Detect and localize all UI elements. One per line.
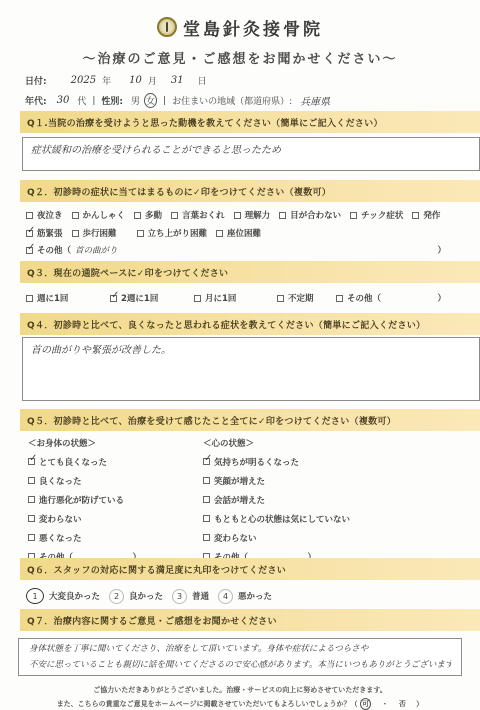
- q7-answer-box[interactable]: 身体状態を丁寧に聞いてくださり、治療をして頂いています。身体や症状によるつらさや…: [18, 638, 462, 676]
- clinic-logo-icon: [157, 17, 177, 37]
- q5-body-option[interactable]: とても良くなった: [28, 452, 141, 471]
- checkbox[interactable]: [28, 477, 35, 484]
- q2-option[interactable]: 理解力: [234, 209, 271, 221]
- rating-circle[interactable]: 2: [109, 589, 124, 604]
- q5-mind-option[interactable]: 変わらない: [203, 528, 350, 547]
- q2-option[interactable]: 筋緊張: [26, 227, 63, 239]
- consent-yes-option[interactable]: 可: [360, 698, 371, 710]
- profile-row: 年代: 30 代 | 性別: 男 女 | お住まいの地域（都道府県）: 兵庫県: [25, 93, 330, 108]
- q2-option[interactable]: 目が合わない: [279, 209, 341, 221]
- rating-circle[interactable]: 4: [218, 589, 233, 604]
- q2-option[interactable]: 歩行困難: [72, 227, 117, 239]
- q6-option[interactable]: 1大変良かった: [26, 588, 100, 604]
- consent-no-option[interactable]: 否: [399, 700, 406, 708]
- clinic-title: 堂島針灸接骨院: [0, 14, 480, 40]
- consent-close: ）: [416, 700, 423, 708]
- date-day[interactable]: 31: [171, 75, 184, 86]
- q3-header: Q３．現在の通院ペースに✓印をつけてください: [20, 261, 480, 283]
- q3-option[interactable]: 2週に1回: [110, 292, 185, 304]
- q2-option[interactable]: 発作: [412, 209, 440, 221]
- date-row: 日付: 2025 年 10 月 31 日: [25, 74, 207, 87]
- checkbox-checked[interactable]: [28, 458, 35, 465]
- footer-thanks: ご協力いただきありがとうございました。治療・サービスの向上に努めさせていただきま…: [0, 685, 480, 695]
- divider: |: [92, 96, 95, 106]
- checkbox[interactable]: [279, 212, 286, 219]
- q2-other-close: ）: [437, 244, 446, 256]
- gender-female-option[interactable]: 女: [144, 93, 157, 108]
- checkbox[interactable]: [203, 515, 210, 522]
- checkbox-checked[interactable]: [26, 230, 33, 237]
- q5-mind-option[interactable]: 気持ちが明るくなった: [203, 452, 350, 471]
- checkbox[interactable]: [26, 295, 33, 302]
- checkbox[interactable]: [28, 515, 35, 522]
- q4-answer: 首の曲がりや緊張が改善した。: [31, 345, 171, 356]
- clinic-name: 堂島針灸接骨院: [183, 15, 323, 40]
- q2-option[interactable]: 座位困難: [216, 227, 261, 239]
- checkbox[interactable]: [28, 496, 35, 503]
- checkbox[interactable]: [216, 230, 223, 237]
- date-label: 日付:: [25, 74, 47, 87]
- q2-option[interactable]: 言葉おくれ: [171, 209, 225, 221]
- day-unit: 日: [198, 74, 207, 87]
- checkbox[interactable]: [137, 230, 144, 237]
- q4-answer-box[interactable]: 首の曲がりや緊張が改善した。: [22, 337, 480, 401]
- region-value[interactable]: 兵庫県: [300, 93, 330, 108]
- checkbox[interactable]: [203, 477, 210, 484]
- checkbox[interactable]: [277, 295, 284, 302]
- q2-header: Q２．初診時の症状に当てはまるものに✓印をつけてください（複数可）: [20, 180, 480, 202]
- q5-header: Q５．初診時と比べて、治療を受けて感じたこと全てに✓印をつけてください（複数可）: [20, 409, 480, 431]
- date-year[interactable]: 2025: [71, 75, 96, 86]
- q5-body-header: ＜お身体の状態＞: [28, 437, 141, 452]
- checkbox[interactable]: [72, 230, 79, 237]
- form-header: 堂島針灸接骨院 〜治療のご意見・ご感想をお聞かせください〜: [0, 14, 480, 67]
- rating-circle-selected[interactable]: 1: [26, 588, 44, 604]
- q2-other-row: その他（ 首の曲がり ）: [26, 244, 446, 256]
- survey-form: 堂島針灸接骨院 〜治療のご意見・ご感想をお聞かせください〜 日付: 2025 年…: [0, 0, 480, 710]
- year-unit: 年: [102, 74, 111, 87]
- gender-label: 性別:: [101, 94, 123, 107]
- q7-answer-line1: 身体状態を丁寧に聞いてくださり、治療をして頂いています。身体や症状によるつらさや: [29, 641, 451, 657]
- age-unit: 代: [77, 94, 86, 107]
- q7-answer-line2: 不安に思っていることも親切に話を聞いてくださるので安心感があります。本当にいつも…: [29, 657, 451, 673]
- q5-body-option[interactable]: 変わらない: [28, 509, 141, 528]
- q5-mind-option[interactable]: もともと心の状態は気にしていない: [203, 509, 350, 528]
- q2-other-value[interactable]: 首の曲がり: [75, 244, 118, 256]
- checkbox[interactable]: [134, 212, 141, 219]
- q3-options-row: 週に1回 2週に1回 月に1回 不定期 その他（ ）: [26, 292, 446, 304]
- q5-mind-column: ＜心の状態＞ 気持ちが明るくなった 笑顔が増えた 会話が増えた もともと心の状態…: [203, 437, 350, 566]
- checkbox-checked[interactable]: [110, 295, 117, 302]
- q4-header: Q４．初診時と比べて、良くなったと思われる症状を教えてください（簡単にご記入くだ…: [20, 313, 480, 335]
- q2-option[interactable]: 夜泣き: [26, 209, 63, 221]
- checkbox[interactable]: [350, 212, 357, 219]
- q5-body-column: ＜お身体の状態＞ とても良くなった 良くなった 進行悪化が防げている 変わらない…: [28, 437, 141, 566]
- q5-mind-option[interactable]: 会話が増えた: [203, 490, 350, 509]
- checkbox-checked[interactable]: [203, 458, 210, 465]
- q6-option[interactable]: 4悪かった: [218, 589, 272, 604]
- checkbox[interactable]: [203, 496, 210, 503]
- age-value[interactable]: 30: [57, 95, 70, 106]
- region-label: お住まいの地域（都道府県）:: [172, 94, 292, 107]
- q3-option[interactable]: その他（: [336, 292, 381, 304]
- consent-separator: ・: [381, 700, 388, 708]
- q5-mind-header: ＜心の状態＞: [203, 437, 350, 452]
- checkbox[interactable]: [336, 295, 343, 302]
- footer-consent: また、こちらの貴重なご意見をホームページに掲載させていただいてもよろしいでしょう…: [0, 698, 480, 710]
- q2-option[interactable]: 多動: [134, 209, 162, 221]
- rating-circle[interactable]: 3: [172, 589, 187, 604]
- checkbox[interactable]: [194, 295, 201, 302]
- q2-options-row2: 筋緊張 歩行困難 立ち上がり困難 座位困難: [26, 227, 270, 239]
- checkbox[interactable]: [72, 212, 79, 219]
- checkbox[interactable]: [234, 212, 241, 219]
- q5-body-option[interactable]: 悪くなった: [28, 528, 141, 547]
- q6-option[interactable]: 3普通: [172, 589, 209, 604]
- date-month[interactable]: 10: [129, 75, 142, 86]
- form-subtitle: 〜治療のご意見・ご感想をお聞かせください〜: [0, 48, 480, 67]
- consent-question: また、こちらの貴重なご意見をホームページに掲載させていただいてもよろしいでしょう…: [57, 700, 358, 708]
- q2-option[interactable]: かんしゃく: [72, 209, 126, 221]
- q2-option[interactable]: チック症状: [350, 209, 403, 221]
- q5-mind-option[interactable]: 笑顔が増えた: [203, 471, 350, 490]
- q1-answer: 症状緩和の治療を受けられることができると思ったため: [31, 145, 281, 156]
- q3-option[interactable]: 週に1回: [26, 292, 101, 304]
- q3-option[interactable]: 不定期: [277, 292, 327, 304]
- checkbox-checked[interactable]: [26, 247, 33, 254]
- q1-answer-box[interactable]: 症状緩和の治療を受けられることができると思ったため: [22, 137, 480, 171]
- checkbox[interactable]: [28, 534, 35, 541]
- month-unit: 月: [148, 74, 157, 87]
- gender-male-option[interactable]: 男: [131, 94, 140, 107]
- q5-body-option[interactable]: 進行悪化が防げている: [28, 490, 141, 509]
- q1-header: Q１.当院の治療を受けようと思った動機を教えてください（簡単にご記入ください）: [20, 111, 480, 133]
- q6-option[interactable]: 2良かった: [109, 589, 163, 604]
- q3-other-close: ）: [437, 292, 446, 304]
- checkbox[interactable]: [26, 212, 33, 219]
- checkbox[interactable]: [203, 534, 210, 541]
- q2-other-label: その他（: [37, 244, 71, 256]
- q3-option[interactable]: 月に1回: [194, 292, 268, 304]
- checkbox[interactable]: [412, 212, 419, 219]
- checkbox[interactable]: [171, 212, 178, 219]
- q2-option[interactable]: 立ち上がり困難: [137, 227, 208, 239]
- q5-body-option[interactable]: 良くなった: [28, 471, 141, 490]
- divider: |: [163, 96, 166, 106]
- q2-options-row1: 夜泣き かんしゃく 多動 言葉おくれ 理解力 目が合わない チック症状 発作: [26, 209, 449, 221]
- q6-options-row: 1大変良かった 2良かった 3普通 4悪かった: [26, 588, 281, 604]
- q6-header: Q６．スタッフの対応に関する満足度に丸印をつけてください: [20, 558, 480, 580]
- q7-header: Q７．治療内容に関するご意見・ご感想をお聞かせください: [20, 609, 480, 631]
- age-label: 年代:: [25, 94, 47, 107]
